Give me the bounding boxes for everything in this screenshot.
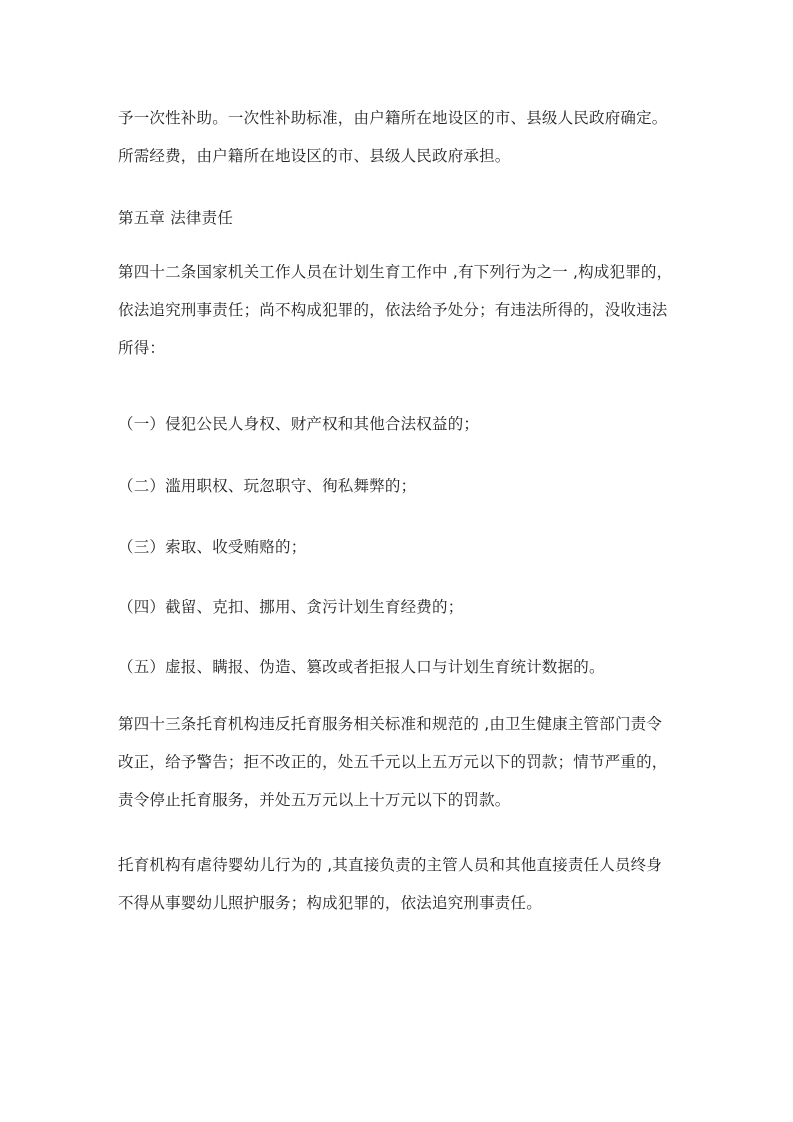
text-line: 依法追究刑事责任；尚不构成犯罪的，依法给予处分；有违法所得的，没收违法 <box>118 300 668 320</box>
text-line: 不得从事婴幼儿照护服务；构成犯罪的，依法追究刑事责任。 <box>118 893 542 913</box>
text-line: 所需经费，由户籍所在地设区的市、县级人民政府承担。 <box>118 146 511 166</box>
text-line: 改正，给予警告；拒不改正的，处五千元以上五万元以下的罚款；情节严重的， <box>118 752 668 772</box>
text-line: 予一次性补助。一次性补助标准，由户籍所在地设区的市、县级人民政府确定。 <box>118 108 668 128</box>
list-item-4: （四）截留、克扣、挪用、贪污计划生育经费的； <box>118 597 463 617</box>
list-item-3: （三）索取、收受贿赂的； <box>118 537 306 557</box>
text-line: 托育机构有虐待婴幼儿行为的 ,其直接负责的主管人员和其他直接责任人员终身 <box>118 855 662 875</box>
list-item-5: （五）虚报、瞒报、伪造、篡改或者拒报人口与计划生育统计数据的。 <box>118 657 605 677</box>
text-line: 责令停止托育服务，并处五万元以上十万元以下的罚款。 <box>118 790 511 810</box>
text-line: 所得： <box>118 338 165 358</box>
text-line: 第四十二条国家机关工作人员在计划生育工作中 ,有下列行为之一 ,构成犯罪的， <box>118 262 672 282</box>
chapter-title: 第五章 法律责任 <box>118 208 233 228</box>
list-item-2: （二）滥用职权、玩忽职守、徇私舞弊的； <box>118 476 416 496</box>
text-line: 第四十三条托育机构违反托育服务相关标准和规范的 ,由卫生健康主管部门责令 <box>118 714 662 734</box>
list-item-1: （一）侵犯公民人身权、财产权和其他合法权益的； <box>118 414 479 434</box>
